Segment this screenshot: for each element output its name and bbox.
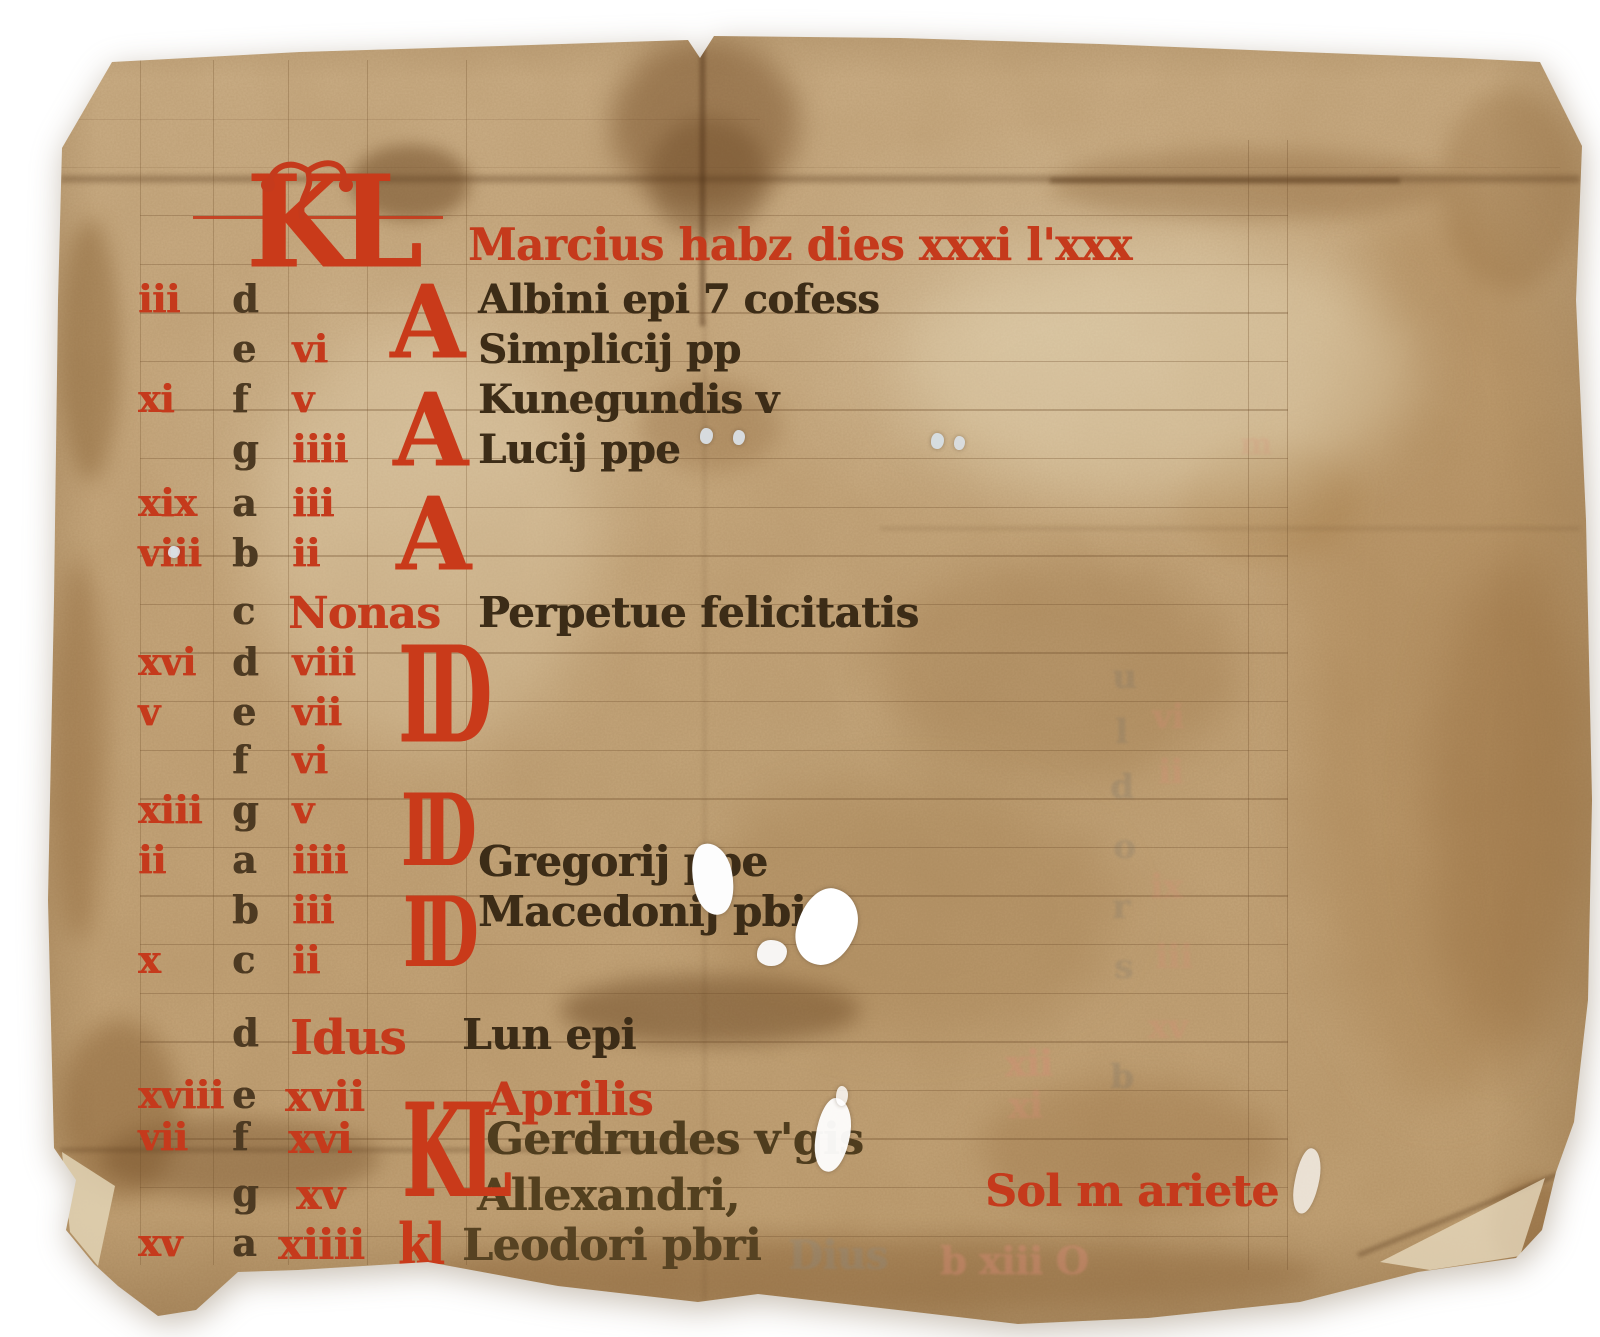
parchment-stain (880, 560, 1240, 780)
feast-entry-cell: Albini epi 7 cofess (478, 280, 879, 320)
faded-showthrough-text: b (1110, 1060, 1133, 1094)
dominical-letter-cell: b (232, 891, 258, 929)
ornamental-initial-a: A (390, 280, 464, 366)
parchment-hole (1289, 1146, 1324, 1215)
feast-entry-cell: Allexandri, (477, 1174, 740, 1218)
faded-showthrough-text: xii (1005, 1046, 1052, 1082)
kalends-abbreviation: kl (398, 1220, 441, 1269)
roman-day-cell: Idus (290, 1014, 406, 1062)
feast-entry-cell: Simplicij pp (478, 330, 741, 370)
roman-day-cell: xiiii (278, 1224, 364, 1266)
faded-showthrough-text: s (1114, 950, 1133, 984)
roman-day-cell: iii (292, 891, 334, 929)
faded-showthrough-text: vi (1152, 700, 1184, 734)
golden-number-cell: xiii (138, 791, 202, 829)
dominical-letter-cell: f (232, 380, 248, 418)
roman-day-cell: vii (292, 693, 341, 731)
dominical-letter-cell: g (232, 791, 258, 829)
corner-flap (1378, 1172, 1548, 1272)
parchment-hole (954, 436, 965, 450)
golden-number-cell: x (138, 941, 160, 979)
roman-day-cell: ii (292, 941, 320, 979)
roman-day-cell: v (292, 791, 314, 829)
parchment-stain (610, 40, 800, 210)
golden-number-cell: xix (138, 484, 196, 522)
golden-number-cell: v (138, 693, 160, 731)
kalends-april-monogram: KL (402, 1098, 504, 1208)
parchment-stain (1440, 90, 1580, 290)
kl-flourish-icon (240, 135, 400, 225)
roman-day-cell: xvii (285, 1076, 364, 1118)
faded-showthrough-text: u (1112, 660, 1136, 694)
roman-day-cell: iii (292, 484, 334, 522)
faded-showthrough-text: r (1112, 890, 1129, 924)
dominical-letter-cell: e (232, 1076, 256, 1114)
faded-showthrough-text: ii (1158, 755, 1183, 789)
ruling-line-vertical (1287, 140, 1288, 1270)
parchment-hole (931, 433, 944, 449)
parchment-hole (733, 430, 745, 445)
roman-day-cell: ii (292, 534, 320, 572)
dominical-letter-cell: c (232, 592, 255, 630)
astronomical-note: Sol m ariete (985, 1170, 1279, 1214)
roman-day-cell: vi (292, 330, 328, 368)
dominical-letter-cell: d (232, 280, 258, 318)
dominical-letter-cell: a (232, 841, 256, 879)
roman-day-cell: xv (296, 1174, 344, 1216)
golden-number-cell: viii (138, 534, 201, 572)
fold-crease (880, 527, 1580, 530)
dominical-letter-cell: a (232, 484, 256, 522)
parchment-stain (52, 560, 107, 940)
golden-number-cell: xvi (138, 643, 196, 681)
parchment-stain (1490, 1180, 1580, 1270)
ruling-line-horizontal (140, 993, 1288, 994)
feast-entry-cell: Perpetue felicitatis (478, 592, 919, 634)
parchment-stain (1300, 200, 1580, 1100)
dominical-letter-cell: f (232, 1118, 248, 1156)
parchment-light-patch (900, 240, 1420, 500)
roman-day-cell: v (292, 380, 314, 418)
ruling-line-horizontal (60, 119, 760, 120)
dominical-letter-cell: b (232, 534, 258, 572)
faded-showthrough-text: m (1240, 430, 1271, 460)
fold-crease-diagonal (1357, 1171, 1562, 1257)
golden-number-cell: xi (138, 380, 174, 418)
golden-number-cell: xviii (138, 1076, 224, 1114)
parchment-hole (836, 1086, 848, 1106)
golden-number-cell: ii (138, 841, 166, 879)
parchment-shadow: KL Marcius habz dies xxxi l'xxx iiidAlbi… (0, 0, 1600, 1337)
fold-crease (1050, 178, 1400, 183)
feast-entry-cell: Gerdrudes v'gis (486, 1118, 863, 1162)
faded-showthrough-text: ix (1150, 870, 1182, 904)
faded-showthrough-text: Dius (788, 1236, 887, 1276)
dominical-letter-cell: e (232, 330, 256, 368)
faded-showthrough-text: d (1110, 770, 1133, 804)
manuscript-photo: KL Marcius habz dies xxxi l'xxx iiidAlbi… (0, 0, 1600, 1337)
golden-number-cell: xv (138, 1224, 182, 1262)
feast-entry-cell: Kunegundis v (478, 380, 778, 420)
faded-showthrough-text: xi (1008, 1088, 1042, 1124)
parchment-stain (60, 220, 120, 480)
dominical-letter-cell: g (232, 430, 258, 468)
golden-number-cell: vii (138, 1118, 187, 1156)
roman-day-cell: viii (292, 643, 355, 681)
parchment-leaf: KL Marcius habz dies xxxi l'xxx iiidAlbi… (0, 0, 1600, 1337)
roman-day-cell: xvi (288, 1118, 352, 1160)
ornamental-initial-id: ID (403, 893, 470, 975)
dominical-letter-cell: a (232, 1224, 256, 1262)
parchment-hole (700, 428, 713, 444)
parchment-hole (757, 940, 787, 966)
ornamental-initial-id: ID (398, 640, 483, 753)
parchment-stain (1050, 150, 1450, 220)
ornamental-initial-a: A (393, 388, 467, 474)
dominical-letter-cell: f (232, 741, 248, 779)
dominical-letter-cell: e (232, 693, 256, 731)
feast-entry-cell: Lucij ppe (478, 430, 680, 470)
dominical-letter-cell: g (232, 1174, 258, 1212)
roman-day-cell: vi (292, 741, 328, 779)
roman-day-cell: iiii (292, 841, 348, 879)
roman-day-cell: iiii (292, 430, 348, 468)
faded-showthrough-text: l (1115, 715, 1127, 749)
dominical-letter-cell: d (232, 643, 258, 681)
feast-entry-cell: Gregorij ppe (478, 841, 767, 883)
ornamental-initial-id: ID (401, 790, 468, 874)
month-header: Marcius habz dies xxxi l'xxx (468, 222, 1132, 267)
dominical-letter-cell: d (232, 1014, 258, 1052)
corner-flap (54, 1146, 124, 1272)
faded-showthrough-text: o (1113, 830, 1135, 864)
dominical-letter-cell: c (232, 941, 255, 979)
faded-showthrough-text: b xiii O (940, 1242, 1088, 1280)
feast-entry-cell: Lun epi (462, 1014, 636, 1056)
golden-number-cell: iii (138, 280, 180, 318)
feast-entry-cell: Macedonij pbi (478, 891, 806, 933)
ornamental-initial-a: A (396, 492, 470, 578)
ruling-line-vertical (1248, 140, 1249, 1270)
feast-entry-cell: Leodori pbri (462, 1224, 761, 1268)
parchment-stain (1430, 560, 1590, 1060)
faded-showthrough-text: xv (1148, 1010, 1187, 1044)
faded-showthrough-text: iii (1155, 940, 1192, 974)
faded-showthrough-text: xiii (1310, 1292, 1371, 1328)
